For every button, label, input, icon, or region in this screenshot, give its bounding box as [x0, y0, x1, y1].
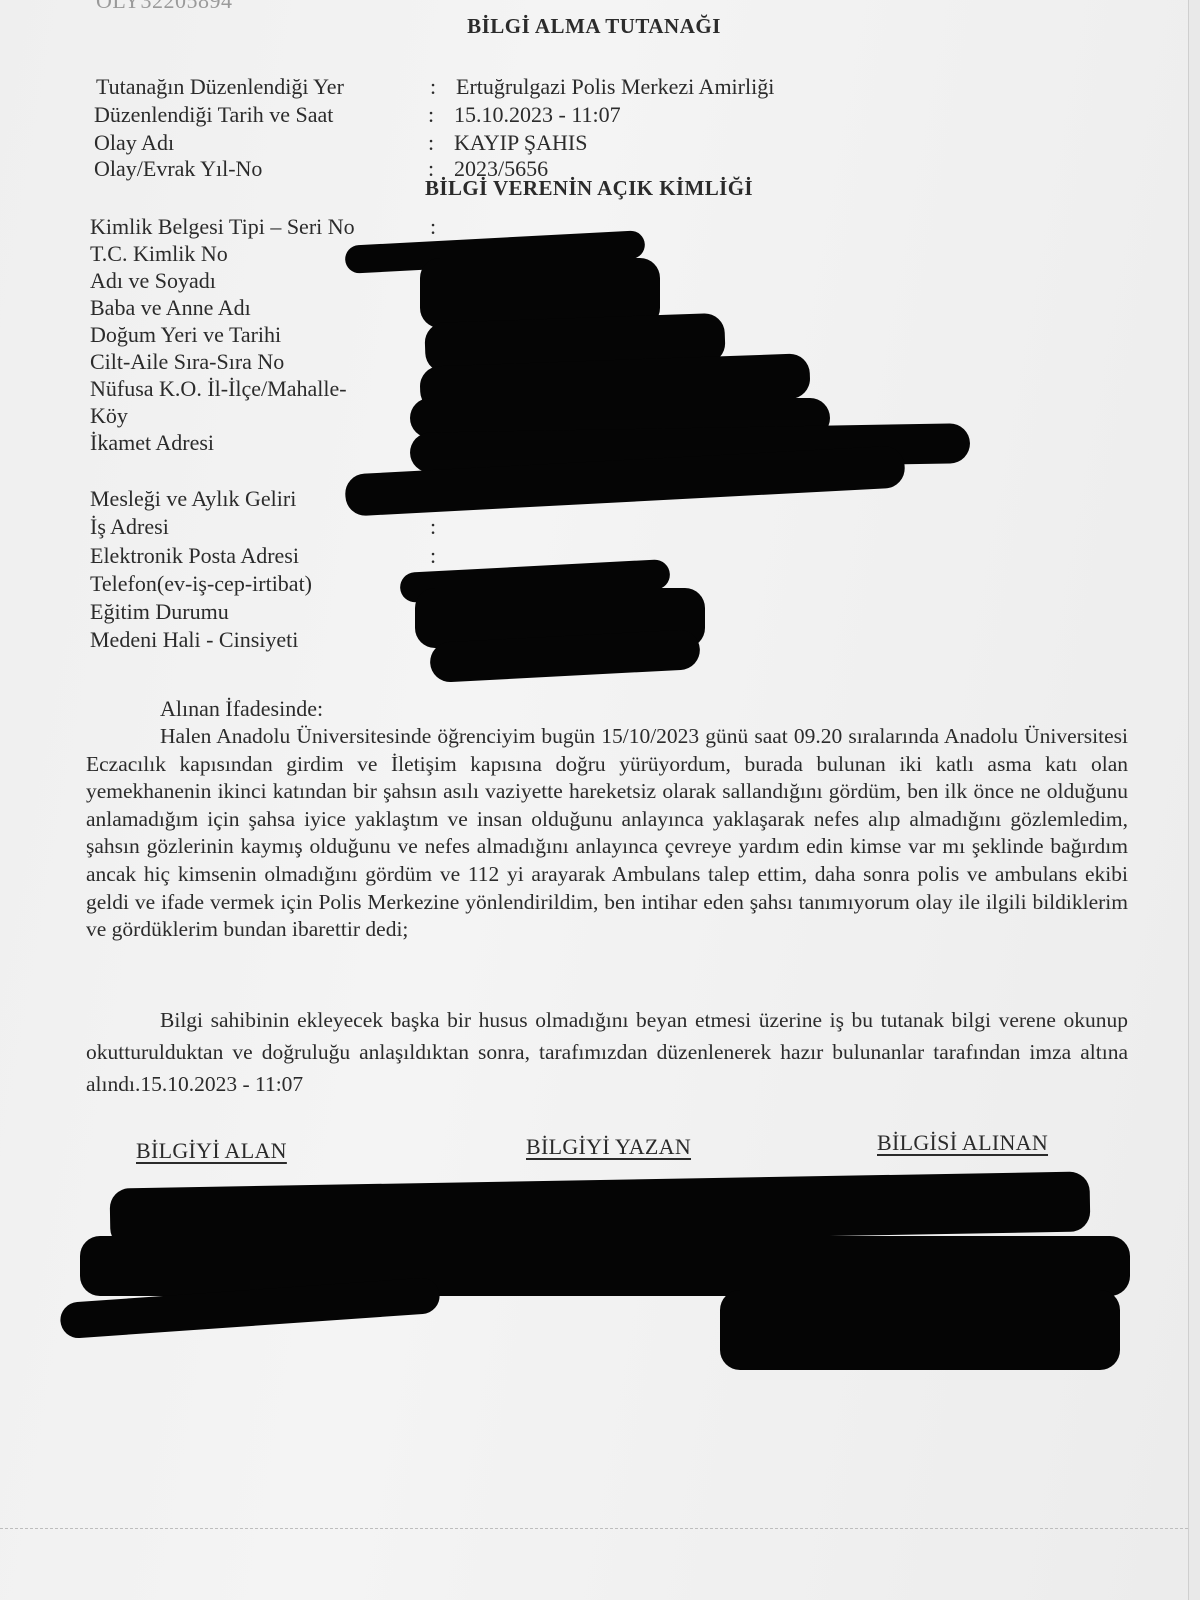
meta-row-location: Tutanağın Düzenlendiği Yer:Ertuğrulgazi …: [96, 74, 774, 100]
id-field-parents: Baba ve Anne Adı: [90, 295, 251, 321]
meta-value: Ertuğrulgazi Polis Merkezi Amirliği: [456, 74, 774, 99]
page-edge-rule: [0, 1528, 1188, 1529]
signature-informant-label: BİLGİSİ ALINAN: [877, 1130, 1048, 1156]
id-field-education: Eğitim Durumu: [90, 599, 229, 625]
meta-label: Olay/Evrak Yıl-No: [94, 156, 428, 182]
statement-heading: Alınan İfadesinde:: [160, 696, 323, 722]
id-field-address: İkamet Adresi: [90, 430, 214, 456]
meta-row-event-name: Olay Adı:KAYIP ŞAHIS: [94, 130, 587, 156]
id-field-work-address: İş Adresi:: [90, 514, 169, 540]
id-field-registry: Cilt-Aile Sıra-Sıra No: [90, 349, 284, 375]
meta-row-datetime: Düzenlendiği Tarih ve Saat:15.10.2023 - …: [94, 102, 621, 128]
id-field-phone: Telefon(ev-iş-cep-irtibat): [90, 571, 312, 597]
meta-label: Tutanağın Düzenlendiği Yer: [96, 74, 430, 100]
id-field-marital-gender: Medeni Hali - Cinsiyeti: [90, 627, 298, 653]
id-field-document: Kimlik Belgesi Tipi – Seri No:: [90, 214, 355, 240]
meta-value: 15.10.2023 - 11:07: [454, 102, 621, 127]
redaction-mark: [80, 1236, 1130, 1296]
id-field-tc-no: T.C. Kimlik No: [90, 241, 228, 267]
id-field-registered-place: Nüfusa K.O. İl-İlçe/Mahalle-: [90, 376, 347, 402]
id-field-name: Adı ve Soyadı: [90, 268, 216, 294]
document-title: BİLGİ ALMA TUTANAĞI: [0, 14, 1188, 39]
meta-label: Düzenlendiği Tarih ve Saat: [94, 102, 428, 128]
signature-writer-label: BİLGİYİ YAZAN: [526, 1134, 691, 1160]
meta-value: KAYIP ŞAHIS: [454, 130, 587, 155]
id-field-birth: Doğum Yeri ve Tarihi: [90, 322, 281, 348]
id-field-village: Köy: [90, 403, 128, 429]
statement-body: Halen Anadolu Üniversitesinde öğrenciyim…: [86, 723, 1128, 944]
id-field-occupation: Mesleği ve Aylık Geliri: [90, 486, 296, 512]
meta-label: Olay Adı: [94, 130, 428, 156]
identity-section-title: BİLGİ VERENİN AÇIK KİMLİĞİ: [425, 176, 753, 201]
id-field-email: Elektronik Posta Adresi:: [90, 543, 299, 569]
redaction-mark: [720, 1290, 1120, 1370]
closing-paragraph: Bilgi sahibinin ekleyecek başka bir husu…: [86, 1004, 1128, 1100]
reference-number: OLY32205894: [96, 0, 233, 14]
signature-receiver-label: BİLGİYİ ALAN: [136, 1138, 287, 1164]
document-page: OLY32205894 BİLGİ ALMA TUTANAĞI Tutanağı…: [0, 0, 1189, 1600]
